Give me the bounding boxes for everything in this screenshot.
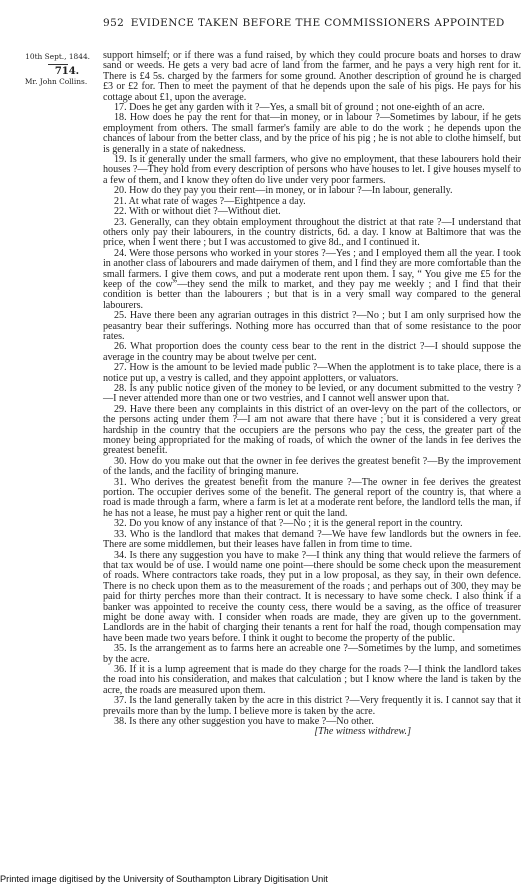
question-answer: 25. Have there been any agrarian outrage… bbox=[103, 311, 521, 342]
margin-rule bbox=[48, 64, 68, 65]
page-number: 952 bbox=[103, 17, 127, 29]
question-answer: 34. Is there any suggestion you have to … bbox=[103, 551, 521, 645]
running-title: EVIDENCE TAKEN BEFORE THE COMMISSIONERS … bbox=[131, 17, 505, 29]
question-answer: 27. How is the amount to be levied made … bbox=[103, 363, 521, 384]
digitisation-credit: Printed image digitised by the Universit… bbox=[0, 874, 328, 884]
witness-number: 714. bbox=[14, 66, 90, 77]
continued-paragraph: support himself; or if there was a fund … bbox=[103, 51, 521, 103]
question-answer: 28. Is any public notice given of the mo… bbox=[103, 384, 521, 405]
question-answer: 23. Generally, can they obtain employmen… bbox=[103, 218, 521, 249]
question-answer: 29. Have there been any complaints in th… bbox=[103, 405, 521, 457]
question-answer: 26. What proportion does the county cess… bbox=[103, 342, 521, 363]
document-page: 952 EVIDENCE TAKEN BEFORE THE COMMISSION… bbox=[0, 0, 529, 888]
question-answer: 38. Is there any other suggestion you ha… bbox=[103, 717, 521, 727]
question-answer: 36. If it is a lump agreement that is ma… bbox=[103, 665, 521, 696]
margin-note: 10th Sept., 1844. 714. Mr. John Collins. bbox=[14, 52, 90, 86]
question-answer: 19. Is it generally under the small farm… bbox=[103, 155, 521, 186]
sitting-date: 10th Sept., 1844. bbox=[14, 52, 90, 62]
question-answer: 24. Were those persons who worked in you… bbox=[103, 249, 521, 311]
question-answer: 35. Is the arrangement as to farms here … bbox=[103, 644, 521, 665]
question-answer: 37. Is the land generally taken by the a… bbox=[103, 696, 521, 717]
witness-withdrew-note: [The witness withdrew.] bbox=[103, 727, 521, 737]
evidence-body: support himself; or if there was a fund … bbox=[103, 51, 521, 738]
question-answer: 22. With or without diet ?—Without diet. bbox=[103, 207, 521, 217]
question-answer: 33. Who is the landlord that makes that … bbox=[103, 530, 521, 551]
witness-name: Mr. John Collins. bbox=[14, 77, 90, 87]
question-answer: 31. Who derives the greatest benefit fro… bbox=[103, 478, 521, 520]
running-header: 952 EVIDENCE TAKEN BEFORE THE COMMISSION… bbox=[103, 17, 523, 29]
question-answer: 30. How do you make out that the owner i… bbox=[103, 457, 521, 478]
question-answer: 18. How does he pay the rent for that—in… bbox=[103, 113, 521, 155]
